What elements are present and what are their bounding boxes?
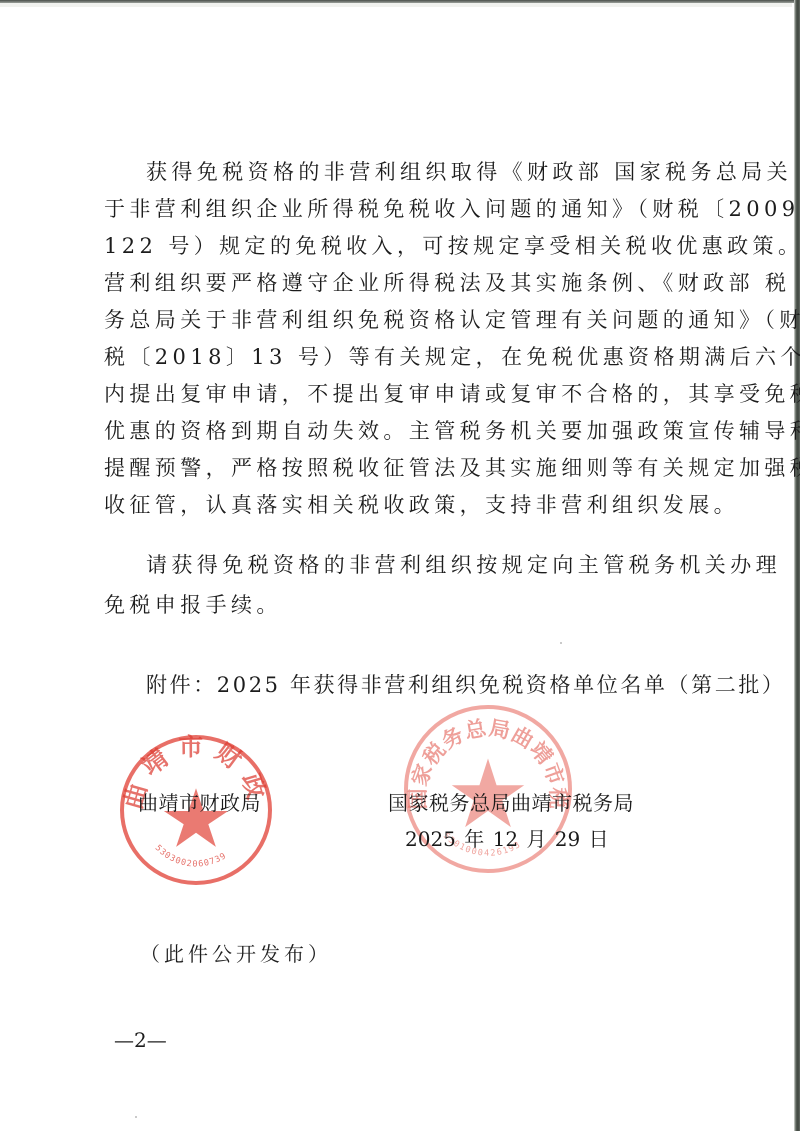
paragraph-line: 提醒预警，严格按照税收征管法及其实施细则等有关规定加强税 [104, 453, 678, 483]
issuer-tax-bureau: 国家税务总局曲靖市税务局 [388, 789, 634, 817]
document-page: 获得免税资格的非营利组织取得《财政部 国家税务总局关 于非营利组织企业所得税免税… [0, 0, 794, 1131]
scan-speck [560, 642, 562, 644]
paragraph-line: 免税申报手续。 [104, 590, 678, 620]
svg-text:5303002060739: 5303002060739 [153, 843, 229, 869]
issuer-finance-bureau: 曲靖市财政局 [138, 789, 261, 817]
paragraph-line: 收征管，认真落实相关税收政策，支持非营利组织发展。 [104, 490, 678, 520]
paragraph-line: 税〔2018〕13 号）等有关规定，在免税优惠资格期满后六个月 [104, 342, 678, 372]
scan-speck [135, 1116, 137, 1118]
paragraph-line: 获得免税资格的非营利组织取得《财政部 国家税务总局关 [146, 157, 678, 187]
paragraph-line: 122 号）规定的免税收入，可按规定享受相关税收优惠政策。非 [104, 231, 678, 261]
scan-speck [182, 317, 184, 319]
attachment-reference: 附件：2025 年获得非营利组织免税资格单位名单（第二批） [146, 670, 678, 700]
page-number: —2— [114, 1026, 167, 1054]
issue-date: 2025 年 12 月 29 日 [405, 825, 609, 853]
scan-right-edge [794, 0, 800, 1131]
paragraph-line: 于非营利组织企业所得税免税收入问题的通知》（财税〔2009〕 [104, 194, 678, 224]
paragraph-line: 务总局关于非营利组织免税资格认定管理有关问题的通知》（财 [104, 305, 678, 335]
public-release-note: （此件公开发布） [140, 940, 332, 968]
paragraph-line: 内提出复审申请，不提出复审申请或复审不合格的，其享受免税 [104, 379, 678, 409]
paragraph-line: 营利组织要严格遵守企业所得税法及其实施条例、《财政部 税 [104, 268, 678, 298]
paragraph-line: 请获得免税资格的非营利组织按规定向主管税务机关办理 [146, 550, 678, 580]
paragraph-line: 优惠的资格到期自动失效。主管税务机关要加强政策宣传辅导和 [104, 416, 678, 446]
